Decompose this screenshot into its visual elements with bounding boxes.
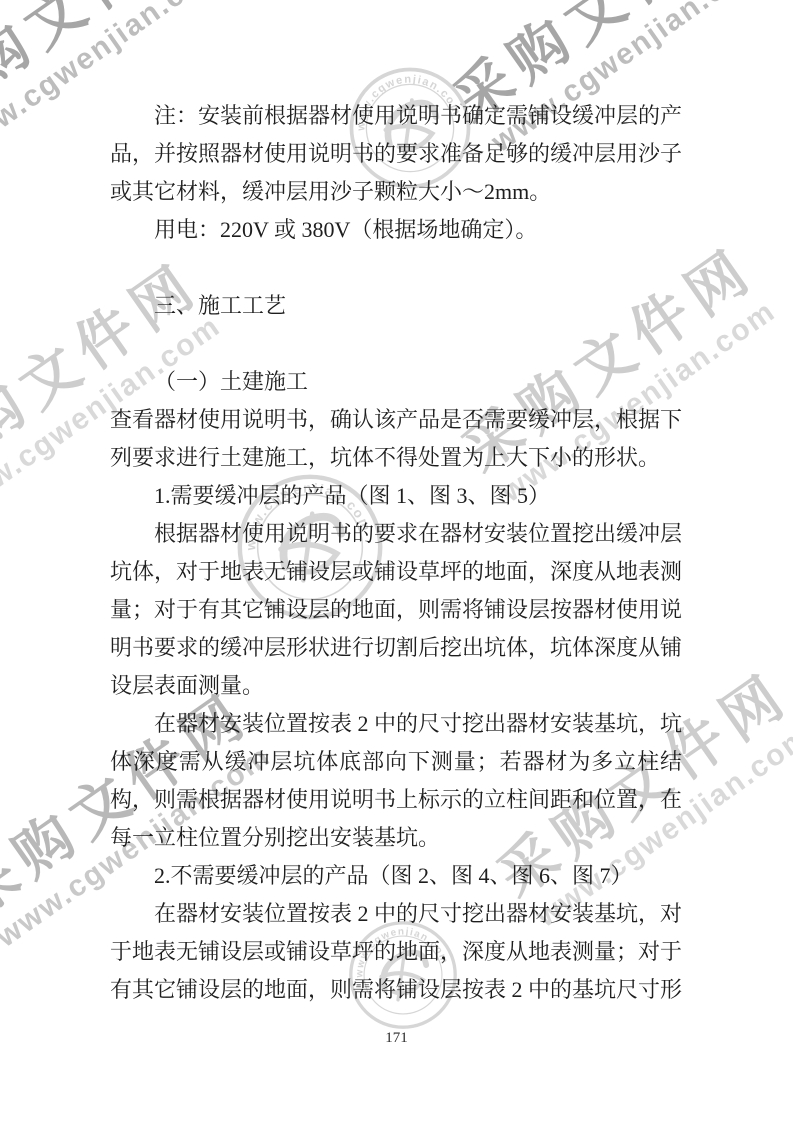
paragraph: 根据器材使用说明书的要求在器材安装位置挖出缓冲层坑体，对于地表无铺设层或铺设草坪…	[110, 515, 682, 705]
paragraph: 在器材安装位置按表 2 中的尺寸挖出器材安装基坑，对于地表无铺设层或铺设草坪的地…	[110, 895, 682, 1009]
document-page: 采购文件网www.cgwenjian.com采购文件网www.cgwenjian…	[0, 0, 793, 1122]
document-body: 注：安装前根据器材使用说明书确定需铺设缓冲层的产品，并按照器材使用说明书的要求准…	[110, 97, 682, 1009]
paragraph: 在器材安装位置按表 2 中的尺寸挖出器材安装基坑，坑体深度需从缓冲层坑体底部向下…	[110, 705, 682, 857]
paragraph: 2.不需要缓冲层的产品（图 2、图 4、图 6、图 7）	[110, 857, 682, 895]
section-heading: （一）土建施工	[110, 363, 682, 401]
blank-line	[110, 325, 682, 363]
paragraph: 1.需要缓冲层的产品（图 1、图 3、图 5）	[110, 477, 682, 515]
section-heading: 三、施工工艺	[110, 287, 682, 325]
blank-line	[110, 249, 682, 287]
paragraph: 查看器材使用说明书，确认该产品是否需要缓冲层，根据下列要求进行土建施工，坑体不得…	[110, 401, 682, 477]
page-number: 171	[0, 1028, 793, 1048]
paragraph: 用电：220V 或 380V（根据场地确定）。	[110, 211, 682, 249]
paragraph: 注：安装前根据器材使用说明书确定需铺设缓冲层的产品，并按照器材使用说明书的要求准…	[110, 97, 682, 211]
